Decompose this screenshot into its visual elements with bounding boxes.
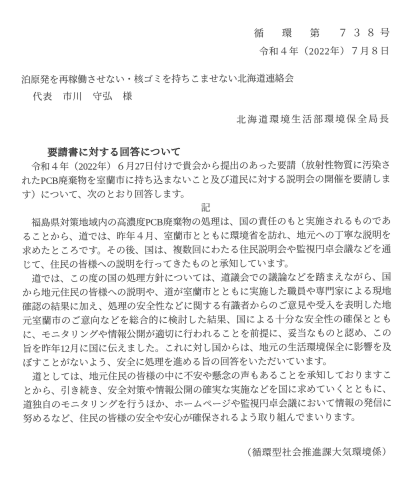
body-paragraph-2: 道では、この度の国の処理方針については、道議会での議論などを踏まえながら、国から… [22, 271, 392, 371]
signature-section: （循環型社会推進課大気環境係） [23, 446, 392, 462]
scanned-letter-page: 循 環 第 ７３８号 令和４年（2022年）７月８日 泊原発を再稼働させない・核… [0, 0, 415, 500]
body-paragraph-3: 道としては、地元住民の皆様の中に不安や懸念の声もあることを承知しておりますことか… [23, 369, 392, 427]
intro-paragraph: 令和４年（2022年）６月27日付けで貴会から提出のあった要請（放射性物質に汚染… [22, 159, 391, 203]
letter-content: 循 環 第 ７３８号 令和４年（2022年）７月８日 泊原発を再稼働させない・核… [0, 0, 415, 500]
recipient-representative: 代表 市川 守弘 様 [21, 89, 390, 105]
body-paragraph-1: 福島県対策地域内の高濃度PCB廃棄物の処理は、国の責任のもと実施されるものである… [22, 215, 391, 273]
document-date: 令和４年（2022年）７月８日 [21, 45, 390, 61]
recipient-organization: 泊原発を再稼働させない・核ゴミを持ちこませない北海道連絡会 [21, 72, 390, 88]
sender-title: 北海道環境生活部環境保全局長 [21, 113, 390, 129]
document-number: 循 環 第 ７３８号 [21, 27, 394, 43]
